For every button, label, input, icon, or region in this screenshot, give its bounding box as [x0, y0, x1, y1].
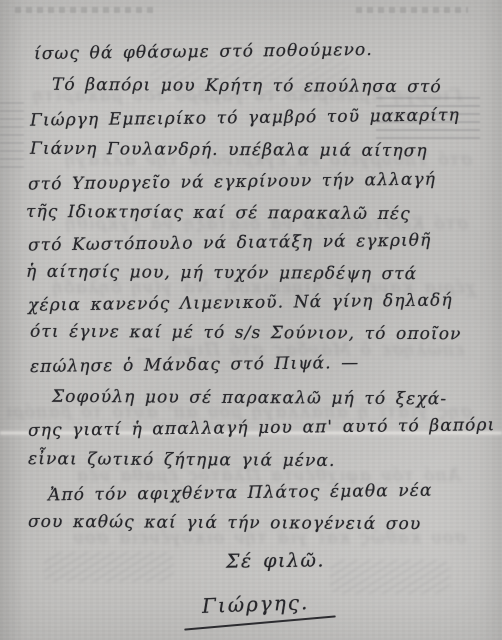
- faint-print-top-left: [15, 7, 157, 13]
- letter-line: χέρια κανενός Λιμενικοῦ. Νά γίνη δηλαδή: [28, 290, 453, 315]
- letter-line: εἶναι ζωτικό ζήτημα γιά μένα.: [28, 449, 336, 471]
- letter-line: Ἀπό τόν αφιχθέντα Πλάτος έμαθα νέα: [48, 481, 433, 506]
- letter-line: στό Κωστόπουλο νά διατάξη νά εγκριθῆ: [28, 231, 432, 256]
- letter-closing: Σέ φιλῶ.: [226, 549, 325, 572]
- letter-line: ίσως θά φθάσωμε στό ποθούμενο.: [34, 40, 373, 64]
- ghost-smudge: [44, 552, 174, 582]
- letter-line: ἡ αίτησίς μου, μή τυχόν μπερδέψη στά: [26, 262, 417, 284]
- signature: Γιώργης.: [202, 590, 310, 618]
- letter-line: Σοφούλη μου σέ παρακαλῶ μή τό ξεχά-: [52, 387, 447, 409]
- letter-line: τῆς Ιδιοκτησίας καί σέ παρακαλῶ πές: [26, 202, 411, 224]
- faint-left-edge-marks: [0, 102, 24, 170]
- faint-print-top-right: [356, 7, 468, 13]
- ghost-smudge: [330, 560, 450, 594]
- letter-line: Γιάννη Γουλανδρή. υπέβαλα μιά αίτηση: [30, 139, 428, 161]
- letter-line: σης γιατί ἡ απαλλαγή μου απ' αυτό τό βαπ…: [28, 415, 496, 441]
- letter-line: σου καθώς καί γιά τήν οικογένειά σου: [28, 512, 421, 534]
- letter-line: επώλησε ὁ Μάνδας στό Πιψά. —: [30, 353, 360, 377]
- scanned-letter-page: Γιώργη Εμπειρίκο τό γαμβρό τοῦ μακαρίτη …: [0, 0, 502, 640]
- letter-line: στό Υπουργεῖο νά εγκρίνουν τήν αλλαγή: [28, 170, 436, 195]
- letter-line: Τό βαπόρι μου Κρήτη τό επούλησα στό: [52, 75, 442, 97]
- letter-line: ότι έγινε καί μέ τό s/s Σούνιον, τό οποῖ…: [30, 322, 462, 345]
